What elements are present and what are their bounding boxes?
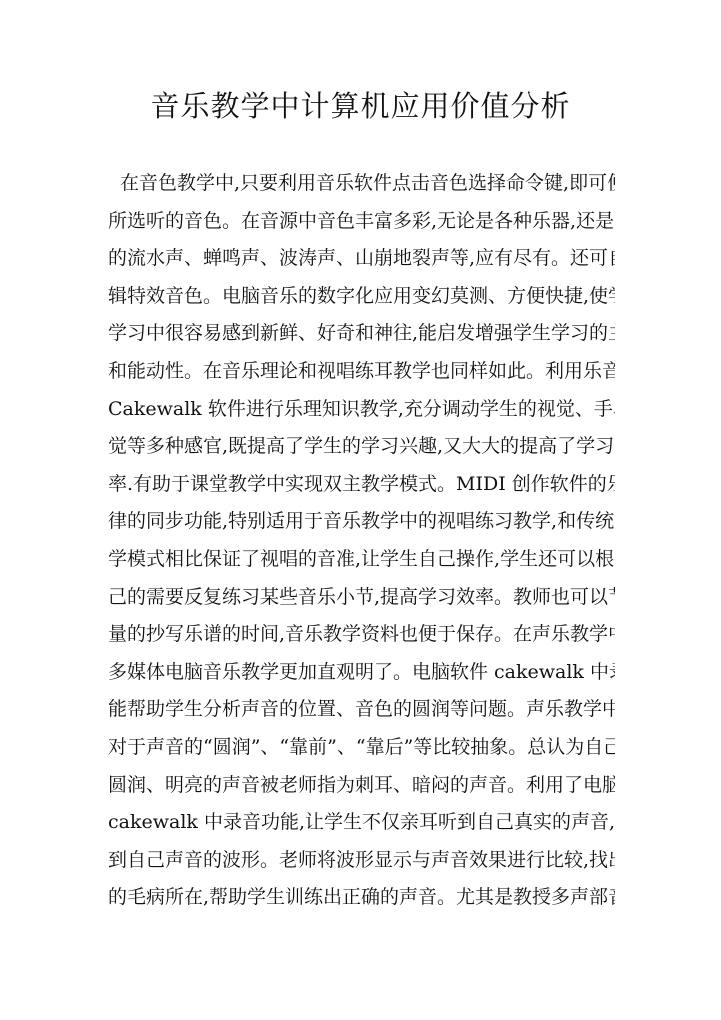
paragraph-line: cakewalk 中录音功能,让学生不仅亲耳听到自己真实的声音,还能看 xyxy=(108,808,615,846)
paragraph-line: 能帮助学生分析声音的位置、音色的圆润等问题。声乐教学中,学生 xyxy=(108,695,615,733)
paragraph-line: 量的抄写乐谱的时间,音乐教学资料也便于保存。在声乐教学中,利用 xyxy=(108,620,615,658)
paragraph-line: 学模式相比保证了视唱的音准,让学生自己操作,学生还可以根据自 xyxy=(108,545,615,583)
paragraph-line: 学习中很容易感到新鲜、好奇和神往,能启发增强学生学习的主动性 xyxy=(108,319,615,357)
paragraph-line: 的流水声、蝉鸣声、波涛声、山崩地裂声等,应有尽有。还可自己编 xyxy=(108,244,615,282)
body-paragraph: 在音色教学中,只要利用音乐软件点击音色选择命令键,即可便再现 所选听的音色。在音… xyxy=(108,169,615,921)
paragraph-line: 对于声音的“圆润”、“靠前”、“靠后”等比较抽象。总认为自己 xyxy=(108,733,615,771)
document-title: 音乐教学中计算机应用价值分析 xyxy=(0,86,721,126)
paragraph-line: Cakewalk 软件进行乐理知识教学,充分调动学生的视觉、手、脑、听 xyxy=(108,395,615,433)
paragraph-line: 圆润、明亮的声音被老师指为刺耳、暗闷的声音。利用了电脑软件 xyxy=(108,771,615,809)
paragraph-line: 在音色教学中,只要利用音乐软件点击音色选择命令键,即可便再现 xyxy=(108,169,615,207)
paragraph-line: 己的需要反复练习某些音乐小节,提高学习效率。教师也可以节省大 xyxy=(108,583,615,621)
paragraph-line: 律的同步功能,特别适用于音乐教学中的视唱练习教学,和传统的教 xyxy=(108,507,615,545)
paragraph-line: 觉等多种感官,既提高了学生的学习兴趣,又大大的提高了学习的效 xyxy=(108,432,615,470)
paragraph-line: 辑特效音色。电脑音乐的数字化应用变幻莫测、方便快捷,使学生在 xyxy=(108,282,615,320)
paragraph-line: 的毛病所在,帮助学生训练出正确的声音。尤其是教授多声部音乐中 xyxy=(108,883,615,921)
paragraph-line: 所选听的音色。在音源中音色丰富多彩,无论是各种乐器,还是大自然 xyxy=(108,207,615,245)
paragraph-line: 率.有助于课堂教学中实现双主教学模式。MIDI 创作软件的乐谱和旋 xyxy=(108,470,615,508)
paragraph-line: 多媒体电脑音乐教学更加直观明了。电脑软件 cakewalk 中录音功能, xyxy=(108,658,615,696)
paragraph-line: 和能动性。在音乐理论和视唱练耳教学也同样如此。利用乐音 xyxy=(108,357,615,395)
paragraph-line: 到自己声音的波形。老师将波形显示与声音效果进行比较,找出学生 xyxy=(108,846,615,884)
document-page: 音乐教学中计算机应用价值分析 在音色教学中,只要利用音乐软件点击音色选择命令键,… xyxy=(0,0,721,1020)
